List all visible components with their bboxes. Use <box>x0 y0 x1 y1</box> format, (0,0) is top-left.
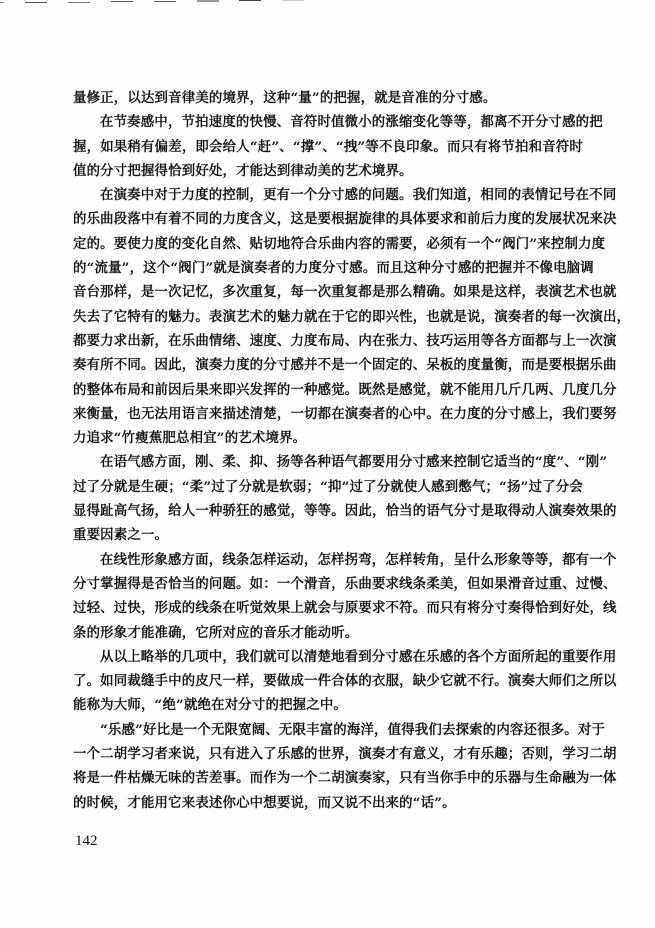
text-line: 在线性形象感方面，线条怎样运动，怎样拐弯，怎样转角，呈什么形象等等，都有一个 <box>73 548 583 572</box>
scan-mark <box>68 2 90 3</box>
text-line: 的时候，才能用它来表述你心中想要说，而又说不出来的“话”。 <box>73 791 583 815</box>
page-number: 142 <box>75 833 98 850</box>
text-line: 能称为大师，“绝”就绝在对分寸的把握之中。 <box>73 693 583 717</box>
text-line: 的“流量”，这个“阀门”就是演奏者的力度分寸感。而且这种分寸感的把握并不像电脑调 <box>73 256 583 280</box>
text-line: 奏有所不同。因此，演奏力度的分寸感并不是一个固定的、呆板的度量衡，而是要根据乐曲 <box>73 353 583 377</box>
text-line: 重要因素之一。 <box>73 523 583 547</box>
text-line: 一个二胡学习者来说，只有进入了乐感的世界，演奏才有意义，才有乐趣；否则，学习二胡 <box>73 742 583 766</box>
text-line: 值的分寸把握得恰到好处，才能达到律动美的艺术境界。 <box>73 159 583 183</box>
text-line: 音台那样，是一次记忆，多次重复，每一次重复都是那么精确。如果是这样，表演艺术也就 <box>73 280 583 304</box>
text-line: 的乐曲段落中有着不同的力度含义，这是要根据旋律的具体要求和前后力度的发展状况来决 <box>73 207 583 231</box>
text-line: 在演奏中对于力度的控制，更有一个分寸感的问题。我们知道，相同的表情记号在不同 <box>73 183 583 207</box>
paragraph: “乐感”好比是一个无限宽阔、无限丰富的海洋，值得我们去探索的内容还很多。对于一个… <box>73 718 583 815</box>
text-line: 量修正，以达到音律美的境界，这种“量”的把握，就是音准的分寸感。 <box>73 86 583 110</box>
paragraph: 从以上略举的几项中，我们就可以清楚地看到分寸感在乐感的各个方面所起的重要作用了。… <box>73 645 583 718</box>
text-line: 在节奏感中，节拍速度的快慢、音符时值微小的涨缩变化等等，都离不开分寸感的把 <box>73 110 583 134</box>
text-line: 过轻、过快，形成的线条在听觉效果上就会与原要求不符。而只有将分寸奏得恰到好处，线 <box>73 596 583 620</box>
scan-mark <box>197 0 219 2</box>
paragraph: 在演奏中对于力度的控制，更有一个分寸感的问题。我们知道，相同的表情记号在不同的乐… <box>73 183 583 450</box>
text-line: 力追求“竹瘦蕉肥总相宜”的艺术境界。 <box>73 426 583 450</box>
paragraph: 在节奏感中，节拍速度的快慢、音符时值微小的涨缩变化等等，都离不开分寸感的把握，如… <box>73 110 583 183</box>
text-line: 定的。要使力度的变化自然、贴切地符合乐曲内容的需要，必须有一个“阀门”来控制力度 <box>73 232 583 256</box>
text-line: 过了分就是生硬；“柔”过了分就是软弱；“抑”过了分就使人感到憋气；“扬”过了分会 <box>73 475 583 499</box>
text-line: “乐感”好比是一个无限宽阔、无限丰富的海洋，值得我们去探索的内容还很多。对于 <box>73 718 583 742</box>
text-line: 条的形象才能准确，它所对应的音乐才能动听。 <box>73 621 583 645</box>
scan-mark <box>282 0 304 1</box>
text-line: 将是一件枯燥无味的苦差事。而作为一个二胡演奏家，只有当你手中的乐器与生命融为一体 <box>73 766 583 790</box>
scan-mark <box>111 1 133 2</box>
scan-edge-marks <box>0 0 330 6</box>
text-line: 的整体布局和前因后果来即兴发挥的一种感觉。既然是感觉，就不能用几斤几两、几度几分 <box>73 378 583 402</box>
text-line: 握，如果稍有偏差，即会给人“赶”、“撑”、“拽”等不良印象。而只有将节拍和音符时 <box>73 135 583 159</box>
paragraph: 量修正，以达到音律美的境界，这种“量”的把握，就是音准的分寸感。 <box>73 86 583 110</box>
paragraph: 在语气感方面，刚、柔、抑、扬等各种语气都要用分寸感来控制它适当的“度”、“刚”过… <box>73 450 583 547</box>
text-line: 失去了它特有的魅力。表演艺术的魅力就在于它的即兴性，也就是说，演奏者的每一次演出… <box>73 305 583 329</box>
scan-mark <box>154 1 176 2</box>
paragraph: 在线性形象感方面，线条怎样运动，怎样拐弯，怎样转角，呈什么形象等等，都有一个分寸… <box>73 548 583 645</box>
scan-mark <box>0 2 4 3</box>
text-line: 来衡量，也无法用语言来描述清楚，一切都在演奏者的心中。在力度的分寸感上，我们要努 <box>73 402 583 426</box>
text-line: 显得趾高气扬，给人一种骄狂的感觉，等等。因此，恰当的语气分寸是取得动人演奏效果的 <box>73 499 583 523</box>
scan-mark <box>25 2 47 3</box>
text-line: 在语气感方面，刚、柔、抑、扬等各种语气都要用分寸感来控制它适当的“度”、“刚” <box>73 450 583 474</box>
page-body-text: 量修正，以达到音律美的境界，这种“量”的把握，就是音准的分寸感。在节奏感中，节拍… <box>73 86 583 815</box>
scan-mark <box>239 0 261 1</box>
text-line: 了。如同裁缝手中的皮尺一样，要做成一件合体的衣服，缺少它就不行。演奏大师们之所以 <box>73 669 583 693</box>
text-line: 都要力求出新，在乐曲情绪、速度、力度布局、内在张力、技巧运用等各方面都与上一次演 <box>73 329 583 353</box>
text-line: 从以上略举的几项中，我们就可以清楚地看到分寸感在乐感的各个方面所起的重要作用 <box>73 645 583 669</box>
text-line: 分寸掌握得是否恰当的问题。如：一个滑音，乐曲要求线条柔美，但如果滑音过重、过慢、 <box>73 572 583 596</box>
